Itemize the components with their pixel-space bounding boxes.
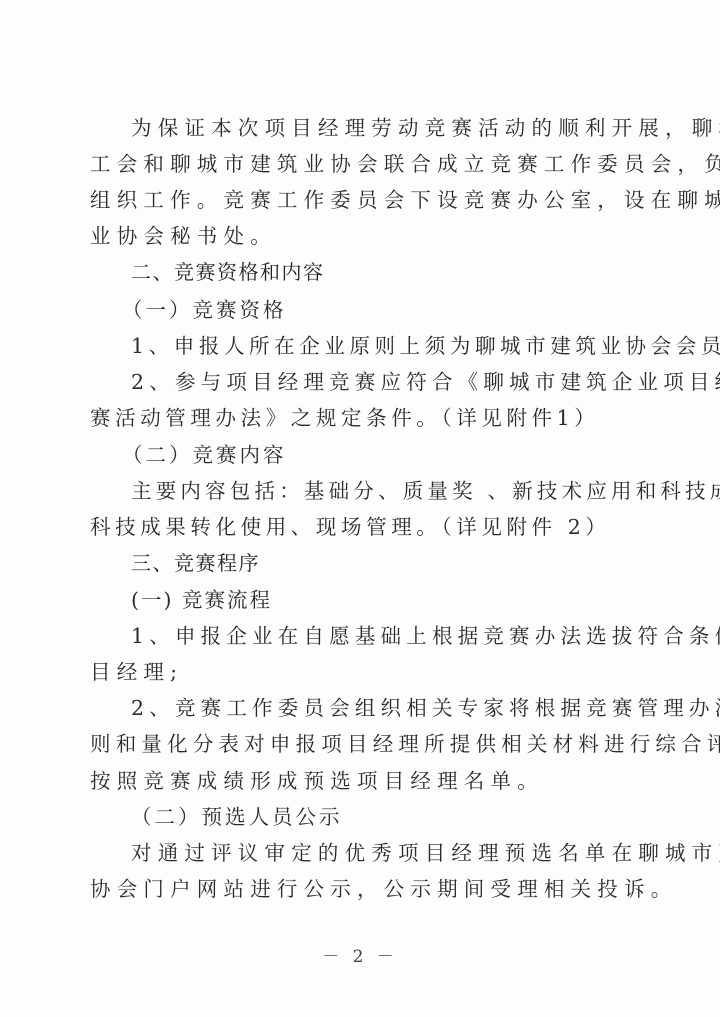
process-item-1-line-2: 目经理; <box>90 658 620 686</box>
paragraph-intro-line-1: 为保证本次项目经理劳动竞赛活动的顺利开展，聊城建设 <box>131 114 661 142</box>
paragraph-intro-line-4: 业协会秘书处。 <box>90 222 620 250</box>
eligibility-item-2-line-1: 2、参与项目经理竞赛应符合《聊城市建筑企业项目经理竞 <box>131 368 661 396</box>
section-2-heading: 二、竞赛资格和内容 <box>131 258 661 286</box>
section-3-2-heading: （二）预选人员公示 <box>131 803 661 831</box>
section-2-1-heading: （一）竞赛资格 <box>122 296 652 324</box>
eligibility-item-2-line-2: 赛活动管理办法》之规定条件。（详见附件1） <box>90 404 620 432</box>
publicity-line-2: 协会门户网站进行公示，公示期间受理相关投诉。 <box>90 875 620 903</box>
process-item-1-line-1: 1、申报企业在自愿基础上根据竞赛办法选拔符合条件的项 <box>131 622 661 650</box>
process-item-2-line-2: 则和量化分表对申报项目经理所提供相关材料进行综合评定， <box>90 730 620 758</box>
section-2-2-heading: （二）竞赛内容 <box>122 441 652 469</box>
publicity-line-1: 对通过评议审定的优秀项目经理预选名单在聊城市建筑业 <box>131 839 661 867</box>
eligibility-item-1: 1、申报人所在企业原则上须为聊城市建筑业协会会员单位; <box>131 332 661 360</box>
process-item-2-line-1: 2、竞赛工作委员会组织相关专家将根据竞赛管理办法、细 <box>131 694 661 722</box>
paragraph-intro-line-3: 组织工作。竞赛工作委员会下设竞赛办公室，设在聊城市建筑 <box>90 186 620 214</box>
paragraph-intro-line-2: 工会和聊城市建筑业协会联合成立竞赛工作委员会，负责竞赛 <box>90 150 620 178</box>
section-3-heading: 三、竞赛程序 <box>131 549 661 577</box>
content-line-2: 科技成果转化使用、现场管理。（详见附件 2） <box>90 513 620 541</box>
document-page: 为保证本次项目经理劳动竞赛活动的顺利开展，聊城建设 工会和聊城市建筑业协会联合成… <box>0 0 720 1017</box>
content-line-1: 主要内容包括：基础分、质量奖 、新技术应用和科技成果、 <box>131 477 661 505</box>
section-3-1-heading: (一) 竞赛流程 <box>131 586 661 614</box>
process-item-2-line-3: 按照竞赛成绩形成预选项目经理名单。 <box>90 767 620 795</box>
page-number: － 2 － <box>0 942 720 967</box>
